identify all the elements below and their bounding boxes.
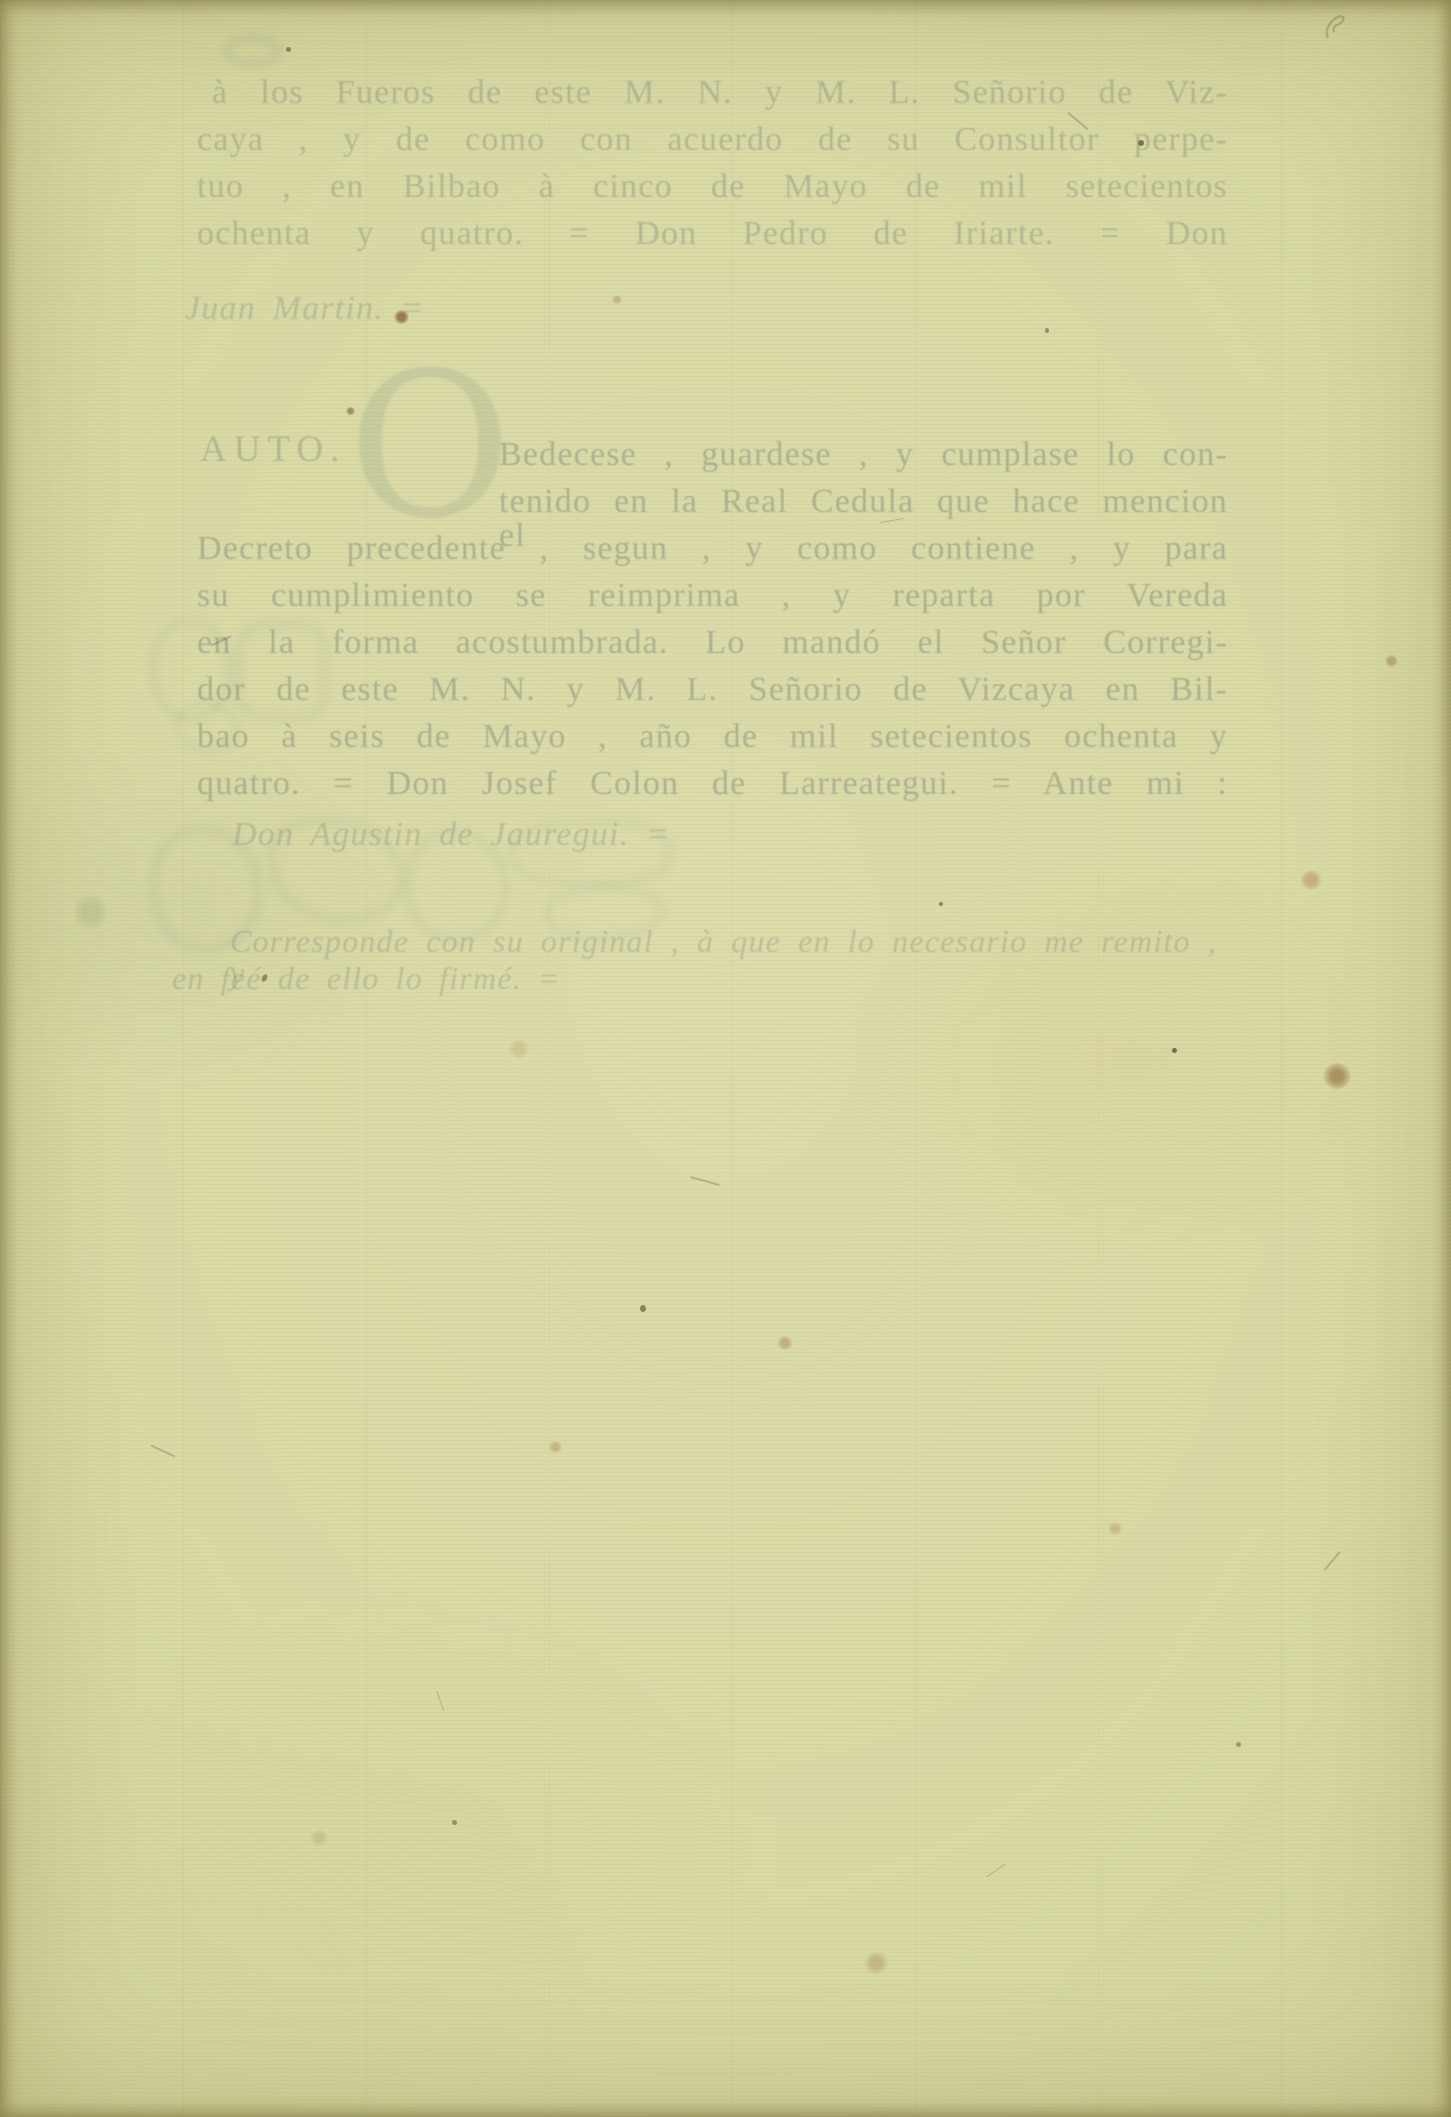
paper-speck bbox=[939, 902, 943, 906]
opening-line: tuo , en Bilbao à cinco de Mayo de mil s… bbox=[197, 170, 1228, 204]
paper-speck bbox=[286, 47, 291, 52]
auto-line: en la forma acostumbrada. Lo mandó el Se… bbox=[197, 626, 1228, 660]
auto-line: Decreto precedente , segun , y como cont… bbox=[197, 532, 1228, 566]
fox-spot bbox=[1300, 870, 1322, 890]
paper-speck bbox=[640, 1305, 646, 1312]
drop-cap-initial: O bbox=[348, 372, 513, 522]
fox-spot bbox=[549, 1441, 562, 1453]
auto-line: quatro. = Don Josef Colon de Larreategui… bbox=[197, 767, 1228, 801]
paper-speck bbox=[1045, 328, 1049, 333]
opening-line: caya , y de como con acuerdo de su Consu… bbox=[197, 123, 1228, 157]
auto-line: su cumplimiento se reimprima , y reparta… bbox=[197, 579, 1228, 613]
paper-speck bbox=[1236, 1742, 1241, 1747]
opening-line: ochenta y quatro. = Don Pedro de Iriarte… bbox=[197, 217, 1228, 251]
fox-spot bbox=[864, 1952, 889, 1974]
paper-speck bbox=[452, 1820, 457, 1825]
scanned-page: à los Fueros de este M. N. y M. L. Señor… bbox=[0, 0, 1451, 2117]
fox-spot bbox=[1385, 655, 1398, 667]
fox-spot bbox=[310, 1830, 328, 1846]
closing-line: en feé de ello lo firmé. = bbox=[172, 960, 561, 997]
paper-fiber bbox=[690, 1176, 719, 1185]
fox-spot bbox=[508, 1040, 530, 1058]
paper-fiber bbox=[987, 1864, 1006, 1878]
auto-line: bao à seis de Mayo , año de mil setecien… bbox=[197, 720, 1228, 754]
ghost-page-number-smudge bbox=[225, 30, 285, 64]
fox-spot bbox=[777, 1336, 793, 1350]
paper-fiber bbox=[436, 1691, 444, 1710]
fox-spot bbox=[1323, 1063, 1351, 1089]
fox-spot bbox=[612, 295, 622, 304]
auto-signature-line: Don Agustin de Jauregui. = bbox=[232, 816, 670, 854]
ink-squiggle-mark bbox=[1322, 12, 1348, 42]
opening-line: à los Fueros de este M. N. y M. L. Señor… bbox=[212, 76, 1228, 110]
auto-line: Bedecese , guardese , y cumplase lo con- bbox=[499, 438, 1228, 472]
paper-fiber bbox=[1324, 1551, 1341, 1570]
opening-line: Juan Martin. = bbox=[185, 290, 425, 328]
auto-label: AUTO. bbox=[200, 428, 346, 471]
fox-spot bbox=[1108, 1522, 1122, 1535]
paper-speck bbox=[1172, 1048, 1177, 1053]
auto-line: dor de este M. N. y M. L. Señorio de Viz… bbox=[197, 673, 1228, 707]
paper-smudge bbox=[75, 892, 105, 932]
paper-fiber bbox=[151, 1445, 175, 1457]
